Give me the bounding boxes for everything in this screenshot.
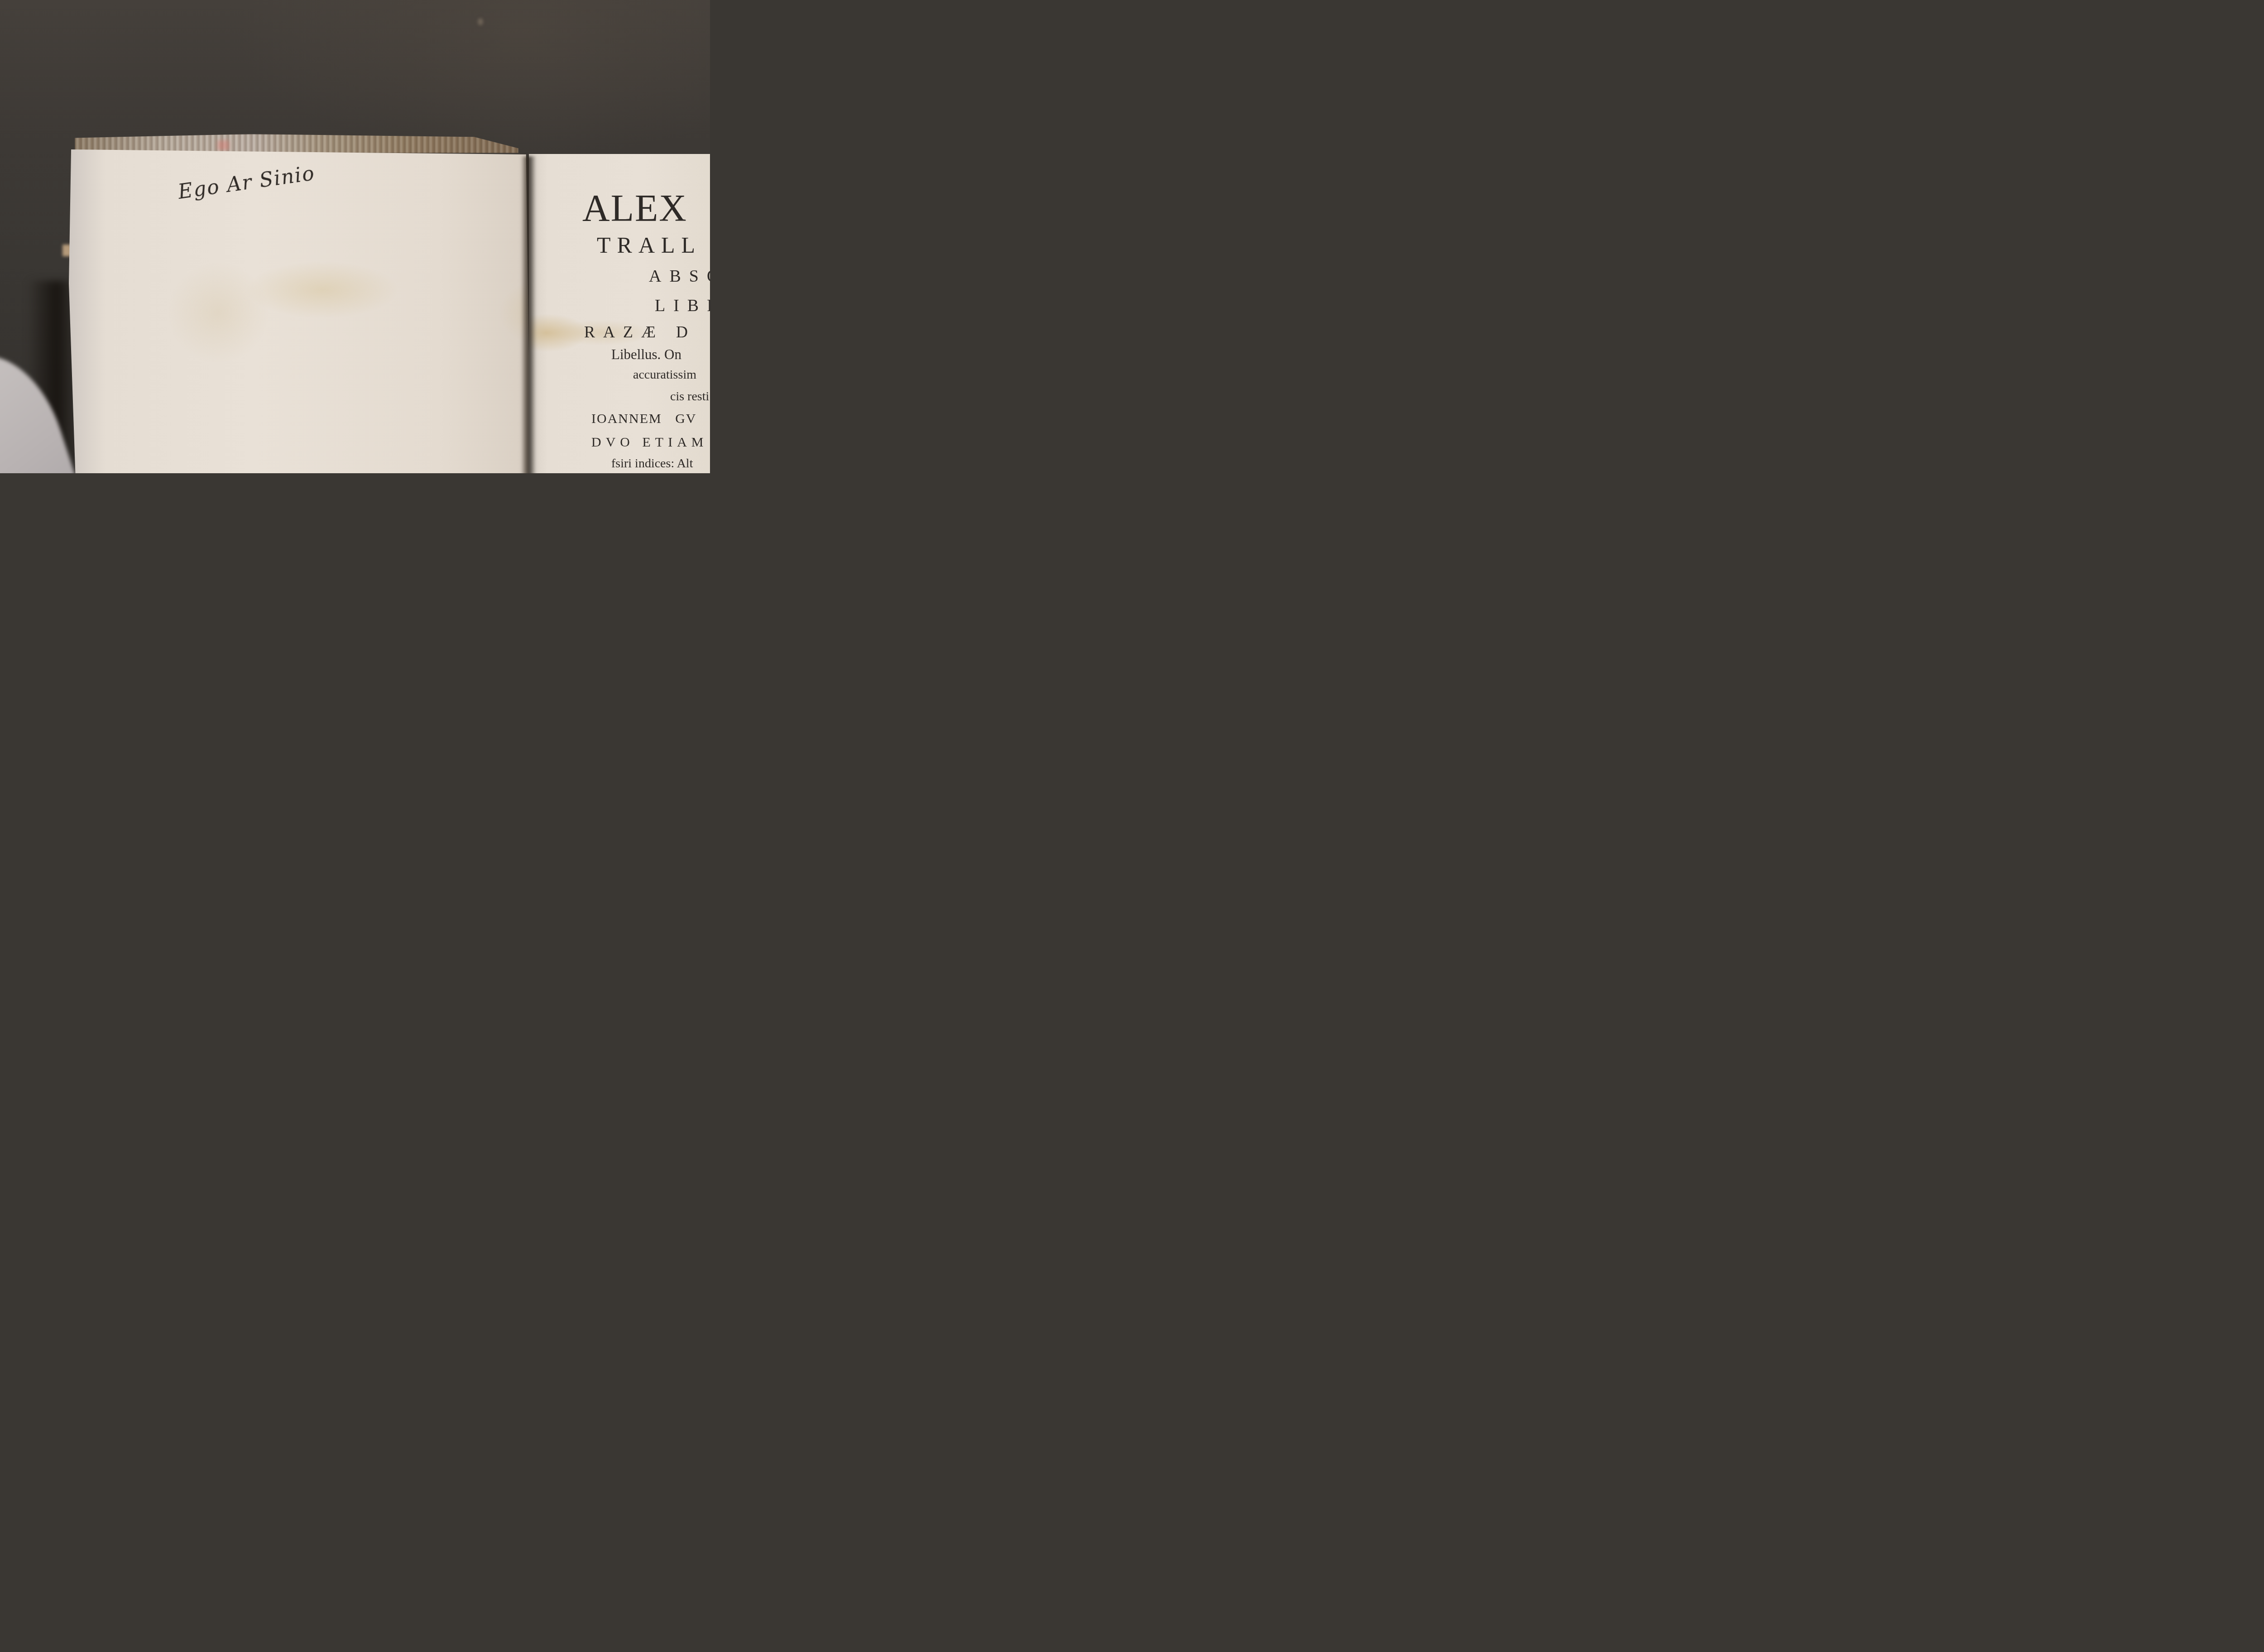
book-gutter bbox=[521, 156, 536, 473]
book-top-edge bbox=[75, 134, 518, 153]
title-line-5: RAZÆ D bbox=[584, 322, 696, 341]
title-line-2: TRALL bbox=[597, 232, 701, 258]
title-line-10: DVO ETIAM bbox=[591, 435, 708, 450]
title-line-11: fsiri indices: Alt bbox=[611, 456, 693, 471]
edge-red-tint bbox=[217, 140, 229, 150]
book-photograph: Ego Ar Sinio ALEX TRALL ABSO LIBR RAZÆ D… bbox=[0, 0, 710, 473]
title-line-9: IOANNEM GV bbox=[591, 411, 696, 427]
title-page: ALEX TRALL ABSO LIBR RAZÆ D Libellus. On… bbox=[529, 154, 710, 473]
title-line-7: accuratissim bbox=[633, 368, 696, 382]
flyleaf-page bbox=[69, 149, 531, 473]
title-line-8: cis resti bbox=[670, 389, 709, 404]
light-reflection bbox=[478, 18, 483, 25]
title-line-3: ABSO bbox=[649, 266, 710, 286]
title-line-6: Libellus. On bbox=[611, 346, 681, 363]
title-line-4: LIBR bbox=[655, 296, 710, 316]
title-line-1: ALEX bbox=[582, 187, 687, 231]
